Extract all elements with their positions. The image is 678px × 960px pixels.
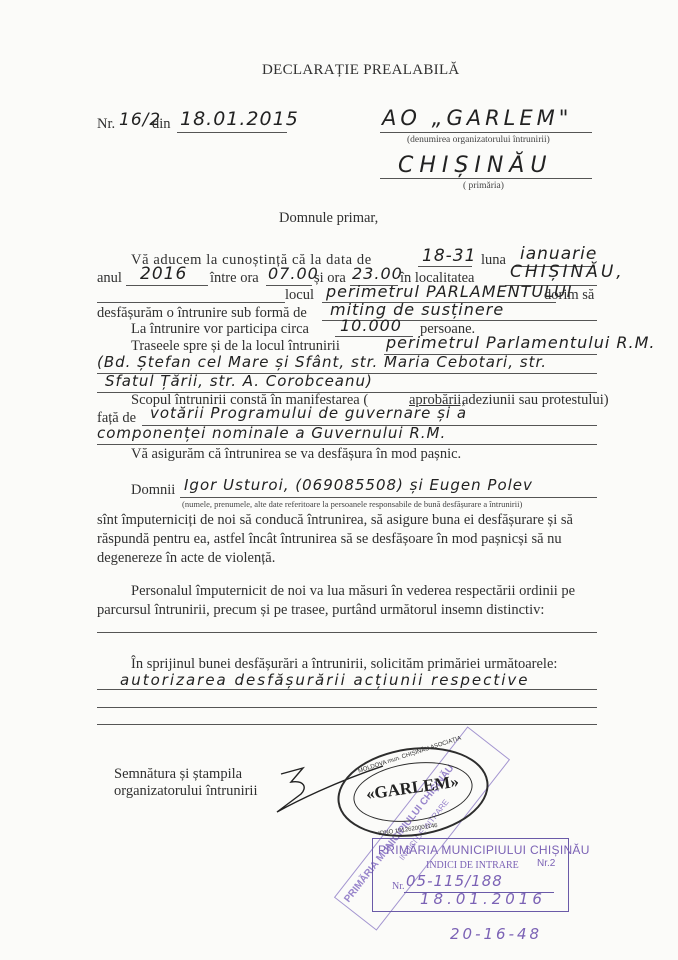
registry-date-value: 18.01.2016 <box>420 890 546 908</box>
support-underline-3 <box>97 724 597 725</box>
year-value: 2016 <box>140 264 187 284</box>
p1-text-8: dorim să <box>544 287 594 304</box>
participants-label: La întrunire vor participa circa <box>131 321 309 338</box>
locality-value: CHIȘINĂU, <box>510 262 625 282</box>
responsible-caption: (numele, prenumele, alte date referitoar… <box>182 499 522 509</box>
city-caption: ( primăria) <box>463 181 504 191</box>
p1-text-3: anul <box>97 270 122 287</box>
days-underline <box>418 266 472 267</box>
routes-line-2: (Bd. Ștefan cel Mare și Sfânt, str. Mari… <box>97 353 547 371</box>
purpose-line-2: componenței nominale a Guvernului R.M. <box>97 424 446 442</box>
city-name: CHIȘINĂU <box>398 153 552 178</box>
support-value: autorizarea desfășurării acțiunii respec… <box>120 671 529 689</box>
support-underline-2 <box>97 707 597 708</box>
personnel-text-2: parcursul întrunirii, precum și pe trase… <box>97 602 544 619</box>
declaration-date: 18.01.2015 <box>180 108 299 130</box>
year-underline <box>126 285 208 286</box>
date-underline <box>177 132 287 133</box>
city-underline <box>380 178 592 179</box>
responsible-text-2: răspundă pentru ea, astfel încât întruni… <box>97 531 562 548</box>
personnel-text-1: Personalul împuternicit de noi va lua mă… <box>131 583 575 600</box>
responsible-underline <box>180 497 597 498</box>
place-prefix-underline <box>97 302 285 303</box>
registry-stamp-subtitle: INDICI DE INTRARE <box>426 860 519 871</box>
responsible-text-3: degenereze în acte de violență. <box>97 550 275 567</box>
registry-stamp-title: PRIMĂRIA MUNICIPIULUI CHIȘINĂU <box>378 843 590 857</box>
p1-text-2: luna <box>481 252 506 269</box>
signature-label-1: Semnătura și ștampila <box>114 766 242 783</box>
routes-line-1: perimetrul Parlamentului R.M. <box>386 333 655 352</box>
support-underline-1 <box>97 689 597 690</box>
din-label: din <box>152 116 171 133</box>
p1-text-7: locul <box>285 287 314 304</box>
nr-label: Nr. <box>97 116 115 133</box>
days-value: 18-31 <box>422 246 476 266</box>
signature-label-2: organizatorului întrunirii <box>114 783 258 800</box>
responsible-label: Domnii <box>131 482 175 499</box>
registry-stamp-nr-label: Nr. <box>392 881 405 892</box>
assurance-text: Vă asigurăm că întrunirea se va desfășur… <box>131 446 461 463</box>
purpose-line-1: votării Programului de guvernare și a <box>150 404 467 422</box>
registry-number-value: 05-115/188 <box>406 872 503 890</box>
month-value: ianuarie <box>520 244 597 264</box>
responsible-text-1: sînt împuterniciți de noi să conducă înt… <box>97 512 573 529</box>
organizer-caption: (denumirea organizatorului întrunirii) <box>407 135 550 145</box>
routes-line-3: Sfatul Țării, str. A. Corobceanu) <box>105 372 373 390</box>
organizer-name: AO „GARLEM" <box>382 106 572 130</box>
salutation: Domnule primar, <box>279 210 378 227</box>
registry-time-value: 20-16-48 <box>450 925 542 943</box>
p1-text-4: între ora <box>210 270 259 287</box>
insignia-underline <box>97 632 597 633</box>
purpose-underline-2 <box>97 444 597 445</box>
responsible-value: Igor Usturoi, (069085508) și Eugen Polev <box>184 476 533 494</box>
p1-text-9: desfășurăm o întrunire sub formă de <box>97 305 307 322</box>
purpose-rest: adeziunii sau protestului) <box>462 392 609 409</box>
place-value: perimetrul PARLAMENTULUI <box>326 282 572 301</box>
start-time-value: 07.00 <box>268 264 319 283</box>
document-title: DECLARAȚIE PREALABILĂ <box>262 62 460 79</box>
registry-stamp-nr-badge: Nr.2 <box>537 858 555 869</box>
start-time-underline <box>266 285 312 286</box>
end-time-value: 23.00 <box>352 264 403 283</box>
organizer-underline <box>380 132 592 133</box>
